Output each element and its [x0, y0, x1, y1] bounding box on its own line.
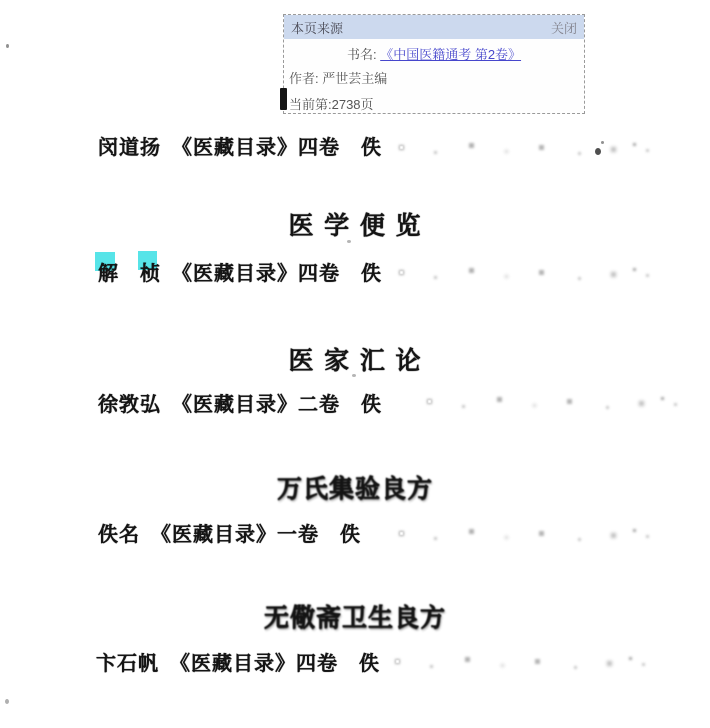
- source-panel-title: 本页来源: [291, 18, 343, 37]
- current-page-text: 当前第:2738页: [289, 94, 584, 113]
- scan-noise-trail: [400, 271, 403, 274]
- book-name-label: 书名:: [347, 47, 377, 62]
- entry-line: 徐敩弘 《医藏目录》二卷 佚: [98, 388, 382, 417]
- scan-noise-trail: [396, 660, 399, 663]
- entry-line: 卞石帆 《医藏目录》四卷 佚: [96, 647, 380, 676]
- section-heading: 万氏集验良方: [5, 469, 705, 505]
- section-heading: 医 家 汇 论: [5, 341, 705, 377]
- source-panel-header: 本页来源 关闭: [284, 15, 584, 39]
- entry-line: 佚名 《医藏目录》一卷 佚: [98, 518, 361, 547]
- source-info-panel: 本页来源 关闭 书名: 《中国医籍通考 第2卷》 作者: 严世芸主编 当前第:2…: [283, 14, 585, 114]
- scan-speck: [595, 148, 601, 155]
- scan-noise-trail: [400, 532, 403, 535]
- entry-line: 闵道扬 《医藏目录》四卷 佚: [98, 131, 382, 160]
- scan-speck: [5, 699, 9, 704]
- section-heading: 无儆斋卫生良方: [5, 598, 705, 634]
- scan-speck: [6, 44, 9, 48]
- entry-line: 解 桢 《医藏目录》四卷 佚: [98, 257, 382, 286]
- book-name-row: 书名: 《中国医籍通考 第2卷》: [284, 44, 584, 63]
- scan-noise-trail: [428, 400, 431, 403]
- scan-artifact-bar: [280, 88, 287, 110]
- scan-speck: [601, 141, 604, 144]
- section-heading: 医 学 便 览: [5, 206, 705, 242]
- scan-noise-trail: [400, 146, 403, 149]
- author-text: 作者: 严世芸主编: [289, 68, 584, 87]
- book-title-link[interactable]: 《中国医籍通考 第2卷》: [380, 47, 521, 62]
- close-button[interactable]: 关闭: [551, 18, 577, 37]
